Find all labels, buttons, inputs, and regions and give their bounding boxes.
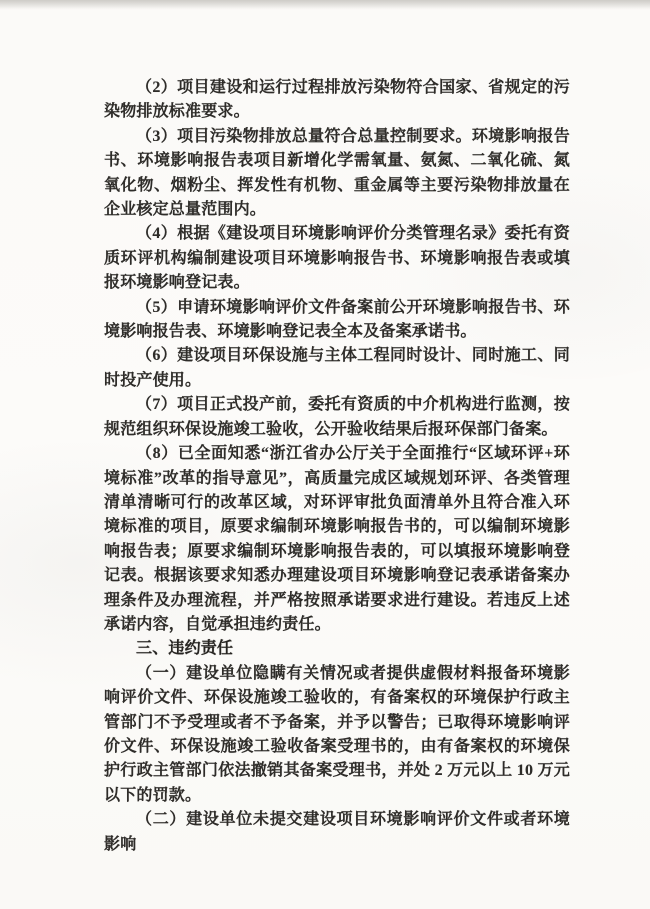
paragraph-item-4: （4）根据《建设项目环境影响评价分类管理名录》委托有资质环评机构编制建设项目环境… <box>104 222 570 295</box>
document-body: （2）项目建设和运行过程排放污染物符合国家、省规定的污染物排放标准要求。 （3）… <box>104 76 570 857</box>
paragraph-item-yi: （一）建设单位隐瞒有关情况或者提供虚假材料报备环境影响评价文件、环保设施竣工验收… <box>104 662 570 808</box>
paragraph-item-8: （8）已全面知悉“浙江省办公厅关于全面推行“区域环评+环境标准”改革的指导意见”… <box>104 442 570 637</box>
paragraph-item-er: （二）建设单位未提交建设项目环境影响评价文件或者环境影响 <box>104 808 570 857</box>
paragraph-item-6: （6）建设项目环保设施与主体工程同时设计、同时施工、同时投产使用。 <box>104 344 570 393</box>
scanned-document-page: （2）项目建设和运行过程排放污染物符合国家、省规定的污染物排放标准要求。 （3）… <box>0 0 650 909</box>
paragraph-item-2: （2）项目建设和运行过程排放污染物符合国家、省规定的污染物排放标准要求。 <box>104 76 570 125</box>
section-heading-liability: 三、违约责任 <box>104 637 570 661</box>
scan-edge-shadow <box>0 0 650 9</box>
paragraph-item-3: （3）项目污染物排放总量符合总量控制要求。环境影响报告书、环境影响报告表项目新增… <box>104 125 570 223</box>
paragraph-item-5: （5）申请环境影响评价文件备案前公开环境影响报告书、环境影响报告表、环境影响登记… <box>104 296 570 345</box>
paragraph-item-7: （7）项目正式投产前，委托有资质的中介机构进行监测，按规范组织环保设施竣工验收，… <box>104 393 570 442</box>
